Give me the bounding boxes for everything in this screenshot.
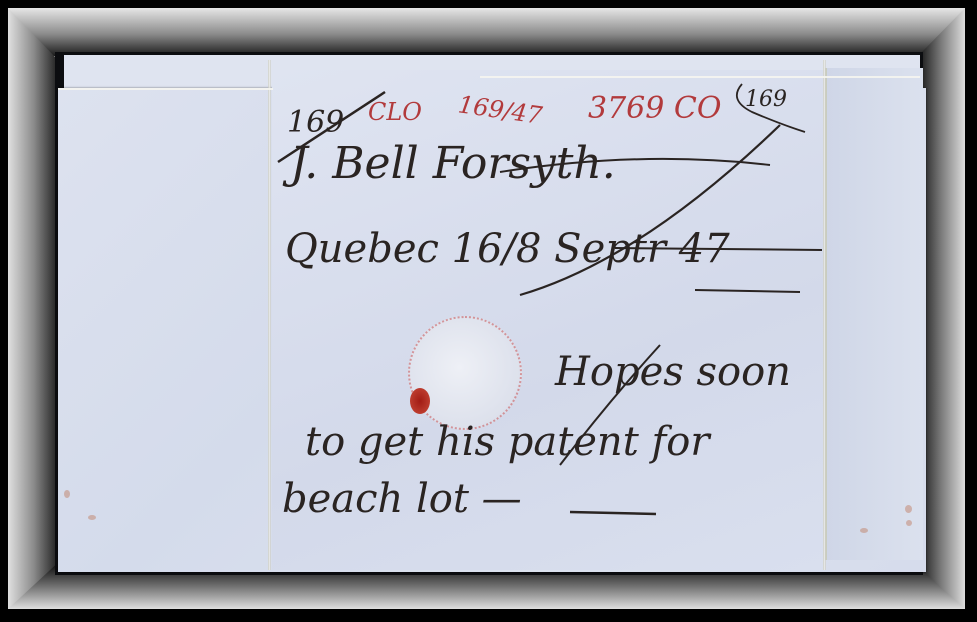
annotation-169-circled: 169 xyxy=(745,87,787,112)
red-annotation-docket: 169/47 xyxy=(456,90,544,130)
red-annotation-clo: CLO xyxy=(368,98,422,126)
annotation-169-left: 169 xyxy=(287,105,344,140)
note-line-2: to get his patent for xyxy=(305,419,712,465)
red-annotation-number: 3769 CO xyxy=(588,91,721,126)
closing-dash xyxy=(570,512,656,514)
underline-stroke xyxy=(695,290,800,292)
handwriting-layer: CLO 169/47 3769 CO 169 169 J. Bell Forsy… xyxy=(0,0,977,622)
note-line-3: beach lot — xyxy=(282,476,522,522)
note-line-1: Hopes soon xyxy=(554,349,791,395)
